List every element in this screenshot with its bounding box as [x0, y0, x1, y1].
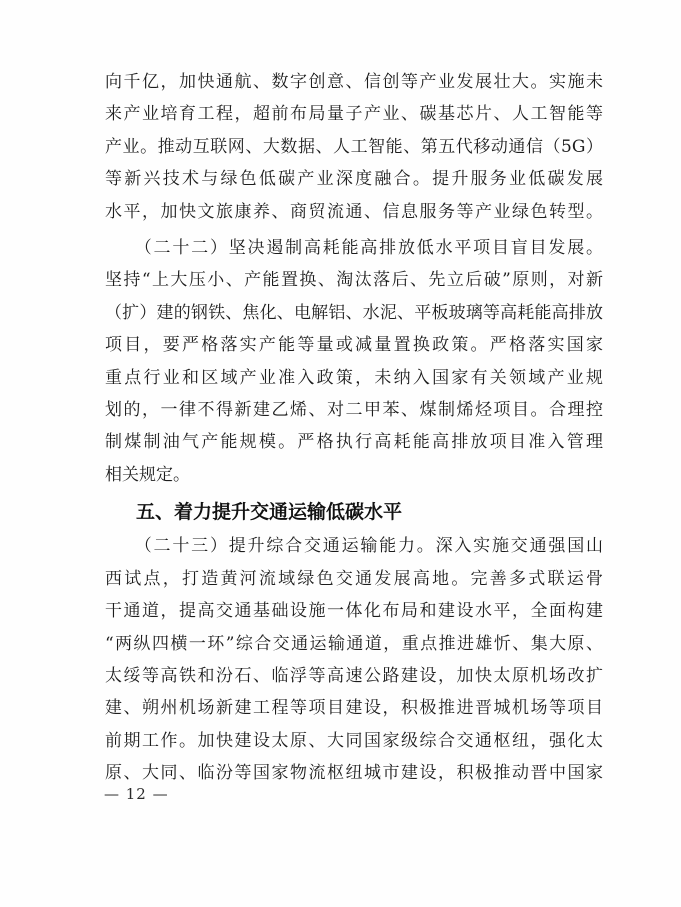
text-line: “两纵四横一环”综合交通运输通道，重点推进雄忻、集大原、: [105, 628, 603, 660]
text-line: 等新兴技术与绿色低碳产业深度融合。提升服务业低碳发展: [105, 163, 603, 195]
text-line: （扩）建的钢铁、焦化、电解铝、水泥、平板玻璃等高耗能高排放: [105, 297, 603, 329]
text-line: 项目，要严格落实产能等量或减量置换政策。严格落实国家: [105, 329, 603, 361]
text-line: 干通道，提高交通基础设施一体化布局和建设水平，全面构建: [105, 595, 603, 627]
text-line: 水平，加快文旅康养、商贸流通、信息服务等产业绿色转型。: [105, 196, 603, 228]
text-line: 建、朔州机场新建工程等项目建设，积极推进晋城机场等项目: [105, 692, 603, 724]
text-line: 产业。推动互联网、大数据、人工智能、第五代移动通信（5G）: [105, 131, 603, 163]
section-heading: 五、着力提升交通运输低碳水平: [105, 496, 603, 528]
text-line: 来产业培育工程，超前布局量子产业、碳基芯片、人工智能等: [105, 98, 603, 130]
document-body: 向千亿，加快通航、数字创意、信创等产业发展壮大。实施未 来产业培育工程，超前布局…: [105, 66, 603, 790]
text-line-paragraph-lead: （二十三）提升综合交通运输能力。深入实施交通强国山: [105, 530, 603, 562]
text-line: 太绥等高铁和汾石、临浮等高速公路建设，加快太原机场改扩: [105, 660, 603, 692]
text-line: 重点行业和区域产业准入政策，未纳入国家有关领域产业规: [105, 362, 603, 394]
text-line: 西试点，打造黄河流域绿色交通发展高地。完善多式联运骨: [105, 563, 603, 595]
text-line: 原、大同、临汾等国家物流枢纽城市建设，积极推动晋中国家: [105, 757, 603, 789]
text-line: 前期工作。加快建设太原、大同国家级综合交通枢纽，强化太: [105, 725, 603, 757]
page-number: — 12 —: [104, 784, 169, 804]
document-page: 向千亿，加快通航、数字创意、信创等产业发展壮大。实施未 来产业培育工程，超前布局…: [0, 0, 681, 907]
text-line: 坚持“上大压小、产能置换、淘汰落后、先立后破”原则，对新: [105, 264, 603, 296]
text-line: 制煤制油气产能规模。严格执行高耗能高排放项目准入管理: [105, 426, 603, 458]
text-line: 划的，一律不得新建乙烯、对二甲苯、煤制烯烃项目。合理控: [105, 394, 603, 426]
text-line-paragraph-end: 相关规定。: [105, 459, 603, 491]
text-line-paragraph-lead: （二十二）坚决遏制高耗能高排放低水平项目盲目发展。: [105, 232, 603, 264]
text-line: 向千亿，加快通航、数字创意、信创等产业发展壮大。实施未: [105, 66, 603, 98]
